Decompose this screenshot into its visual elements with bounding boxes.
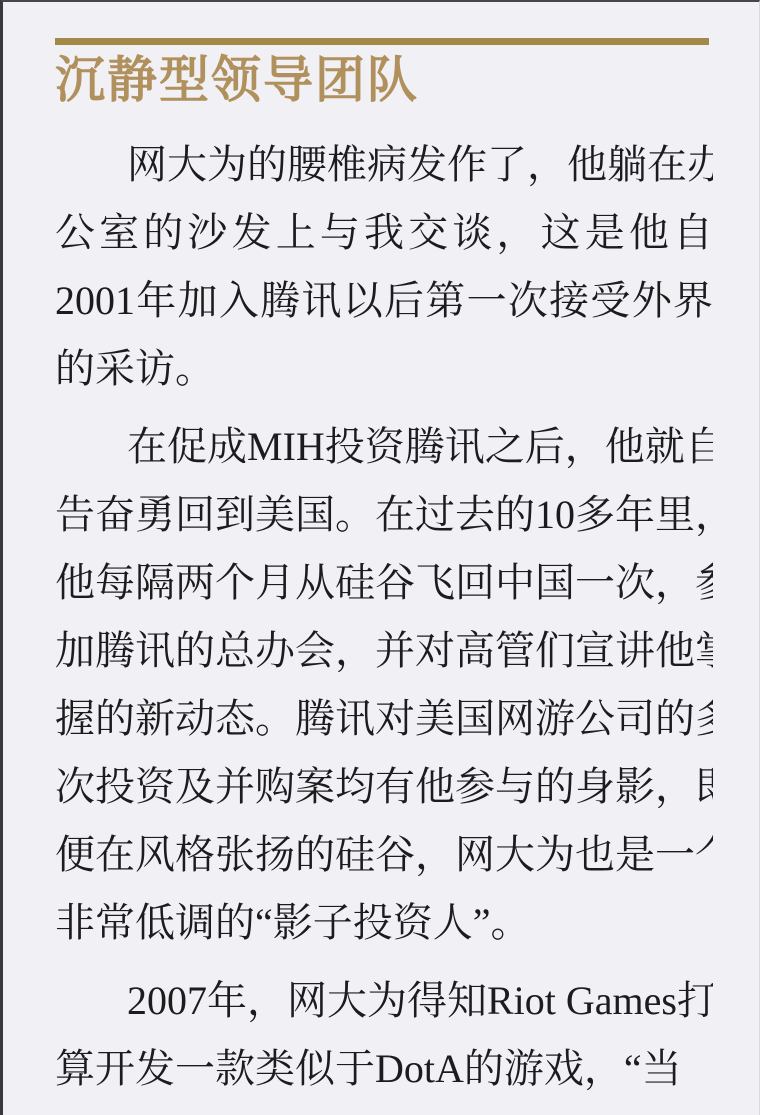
text-line: 在促成MIH投资腾讯之后，他就自 [55, 413, 713, 481]
section-title: 沉静型领导团队 [55, 49, 709, 111]
paragraph: 2007年，网大为得知Riot Games打算开发一款类似于DotA的游戏，“当 [55, 967, 713, 1103]
text-line: 网大为的腰椎病发作了，他躺在办 [55, 131, 713, 199]
text-line: 算开发一款类似于DotA的游戏，“当 [55, 1035, 713, 1103]
text-line: 2007年，网大为得知Riot Games打 [55, 967, 713, 1035]
text-line: 2001年加入腾讯以后第一次接受外界 [55, 267, 713, 335]
text-line: 握的新动态。腾讯对美国网游公司的多 [55, 685, 713, 753]
section-divider-rule [55, 38, 709, 45]
document-page: 沉静型领导团队 网大为的腰椎病发作了，他躺在办公室的沙发上与我交谈，这是他自20… [0, 0, 760, 1115]
text-line: 加腾讯的总办会，并对高管们宣讲他掌 [55, 617, 713, 685]
text-line: 次投资及并购案均有他参与的身影，即 [55, 753, 713, 821]
text-line: 便在风格张扬的硅谷，网大为也是一个 [55, 821, 713, 889]
text-line: 他每隔两个月从硅谷飞回中国一次，参 [55, 549, 713, 617]
text-line: 告奋勇回到美国。在过去的10多年里， [55, 481, 713, 549]
body-text: 网大为的腰椎病发作了，他躺在办公室的沙发上与我交谈，这是他自2001年加入腾讯以… [55, 131, 713, 1103]
paragraph: 网大为的腰椎病发作了，他躺在办公室的沙发上与我交谈，这是他自2001年加入腾讯以… [55, 131, 713, 403]
text-line: 的采访。 [55, 335, 713, 403]
paragraph: 在促成MIH投资腾讯之后，他就自告奋勇回到美国。在过去的10多年里，他每隔两个月… [55, 413, 713, 957]
text-line: 非常低调的“影子投资人”。 [55, 889, 713, 957]
text-line: 公室的沙发上与我交谈，这是他自 [55, 199, 713, 267]
